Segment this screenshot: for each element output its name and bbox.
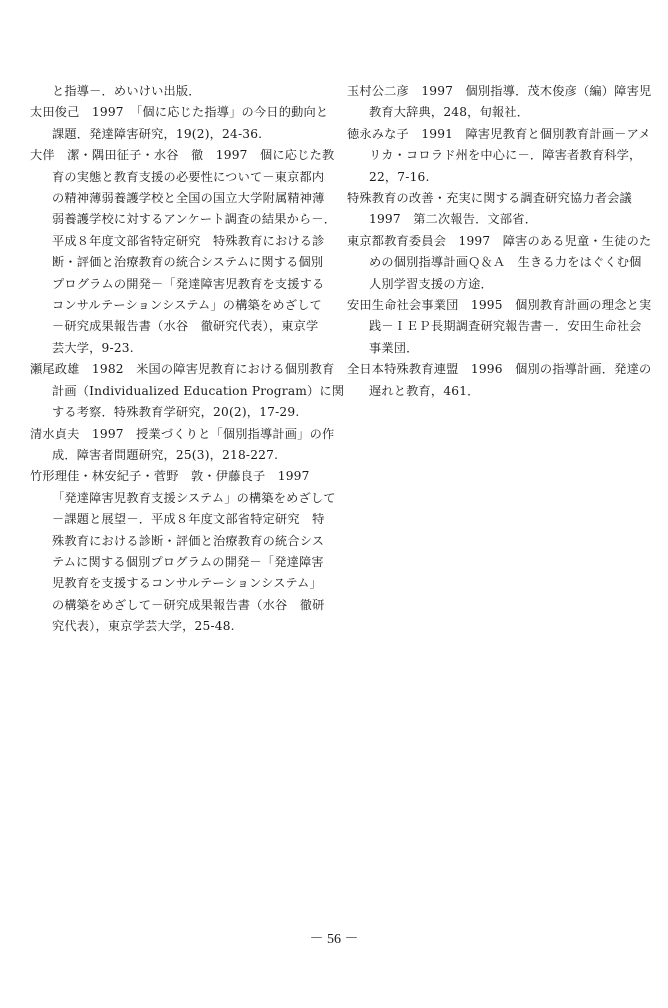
- reference-line: 究代表），東京学芸大学，25-48.: [52, 616, 335, 637]
- reference-line: 安田生命社会事業団 1995 個別教育計画の理念と実: [347, 295, 647, 316]
- reference-line: 人別学習支援の方途．: [369, 274, 647, 295]
- page-number: － 56 －: [0, 928, 668, 948]
- reference-line: 殊教育における診断・評価と治療教育の統合シス: [52, 531, 335, 552]
- reference-line: －研究成果報告書（水谷 徹研究代表），東京学: [52, 316, 335, 337]
- reference-line: 成．障害者問題研究，25(3)，218-227.: [52, 445, 335, 466]
- reference-entry: 特殊教育の改善・充実に関する調査研究協力者会議1997 第二次報告．文部省．: [347, 188, 647, 231]
- reference-line: 弱養護学校に対するアンケート調査の結果から－．: [52, 209, 335, 230]
- reference-line: と指導－．めいけい出版．: [52, 81, 335, 102]
- reference-line: する考察．特殊教育学研究，20(2)，17-29.: [52, 402, 335, 423]
- reference-line: 平成８年度文部省特定研究 特殊教育における診: [52, 231, 335, 252]
- reference-line: 22，7-16.: [369, 167, 647, 188]
- reference-entry: 東京都教育委員会 1997 障害のある児童・生徒のための個別指導計画Ｑ＆Ａ 生き…: [347, 231, 647, 295]
- references-left-column: と指導－．めいけい出版．太田俊己 1997 「個に応じた指導」の今日的動向と課題…: [30, 81, 335, 638]
- reference-line: 計画（Individualized Education Program）に関: [52, 381, 335, 402]
- reference-line: コンサルテーションシステム」の構築をめざして: [52, 295, 335, 316]
- reference-entry: 徳永みな子 1991 障害児教育と個別教育計画－アメリカ・コロラド州を中心に－．…: [347, 124, 647, 188]
- reference-line: 清水貞夫 1997 授業づくりと「個別指導計画」の作: [30, 424, 335, 445]
- reference-line: 特殊教育の改善・充実に関する調査研究協力者会議: [347, 188, 647, 209]
- reference-entry: 太田俊己 1997 「個に応じた指導」の今日的動向と課題．発達障害研究，19(2…: [30, 102, 335, 145]
- reference-line: 断・評価と治療教育の統合システムに関する個別: [52, 252, 335, 273]
- reference-entry: 安田生命社会事業団 1995 個別教育計画の理念と実践－ＩＥＰ長期調査研究報告書…: [347, 295, 647, 359]
- reference-line: －課題と展望－．平成８年度文部省特定研究 特: [52, 509, 335, 530]
- reference-entry: 瀬尾政雄 1982 米国の障害児教育における個別教育計画（Individuali…: [30, 359, 335, 423]
- references-right-column: 玉村公二彦 1997 個別指導．茂木俊彦（編）障害児教育大辞典，248，旬報社．…: [347, 81, 647, 402]
- reference-entry: と指導－．めいけい出版．: [30, 81, 335, 102]
- reference-line: リカ・コロラド州を中心に－．障害者教育科学，: [369, 145, 647, 166]
- reference-line: 全日本特殊教育連盟 1996 個別の指導計画．発達の: [347, 359, 647, 380]
- reference-line: 瀬尾政雄 1982 米国の障害児教育における個別教育: [30, 359, 335, 380]
- reference-line: の精神薄弱養護学校と全国の国立大学附属精神薄: [52, 188, 335, 209]
- reference-line: 践－ＩＥＰ長期調査研究報告書－．安田生命社会: [369, 316, 647, 337]
- reference-line: 児教育を支援するコンサルテーションシステム」: [52, 573, 335, 594]
- reference-entry: 玉村公二彦 1997 個別指導．茂木俊彦（編）障害児教育大辞典，248，旬報社．: [347, 81, 647, 124]
- reference-entry: 全日本特殊教育連盟 1996 個別の指導計画．発達の遅れと教育，461．: [347, 359, 647, 402]
- reference-line: 事業団．: [369, 338, 647, 359]
- reference-line: 大伴 潔・隅田征子・水谷 徹 1997 個に応じた教: [30, 145, 335, 166]
- reference-line: 玉村公二彦 1997 個別指導．茂木俊彦（編）障害児: [347, 81, 647, 102]
- reference-line: テムに関する個別プログラムの開発－「発達障害: [52, 552, 335, 573]
- reference-line: 太田俊己 1997 「個に応じた指導」の今日的動向と: [30, 102, 335, 123]
- reference-line: 1997 第二次報告．文部省．: [369, 209, 647, 230]
- reference-line: 遅れと教育，461．: [369, 381, 647, 402]
- reference-line: 「発達障害児教育支援システム」の構築をめざして: [52, 488, 335, 509]
- reference-entry: 竹形理佳・林安紀子・菅野 敦・伊藤良子 1997「発達障害児教育支援システム」の…: [30, 466, 335, 637]
- reference-line: 芸大学，9-23.: [52, 338, 335, 359]
- reference-line: 課題．発達障害研究，19(2)，24-36.: [52, 124, 335, 145]
- reference-line: 育の実態と教育支援の必要性について－東京都内: [52, 167, 335, 188]
- reference-line: 東京都教育委員会 1997 障害のある児童・生徒のた: [347, 231, 647, 252]
- reference-entry: 大伴 潔・隅田征子・水谷 徹 1997 個に応じた教育の実態と教育支援の必要性に…: [30, 145, 335, 359]
- reference-line: 竹形理佳・林安紀子・菅野 敦・伊藤良子 1997: [30, 466, 335, 487]
- reference-line: 徳永みな子 1991 障害児教育と個別教育計画－アメ: [347, 124, 647, 145]
- reference-line: の構築をめざして－研究成果報告書（水谷 徹研: [52, 595, 335, 616]
- reference-line: プログラムの開発－「発達障害児教育を支援する: [52, 274, 335, 295]
- reference-entry: 清水貞夫 1997 授業づくりと「個別指導計画」の作成．障害者問題研究，25(3…: [30, 424, 335, 467]
- reference-line: 教育大辞典，248，旬報社．: [369, 102, 647, 123]
- reference-line: めの個別指導計画Ｑ＆Ａ 生きる力をはぐくむ個: [369, 252, 647, 273]
